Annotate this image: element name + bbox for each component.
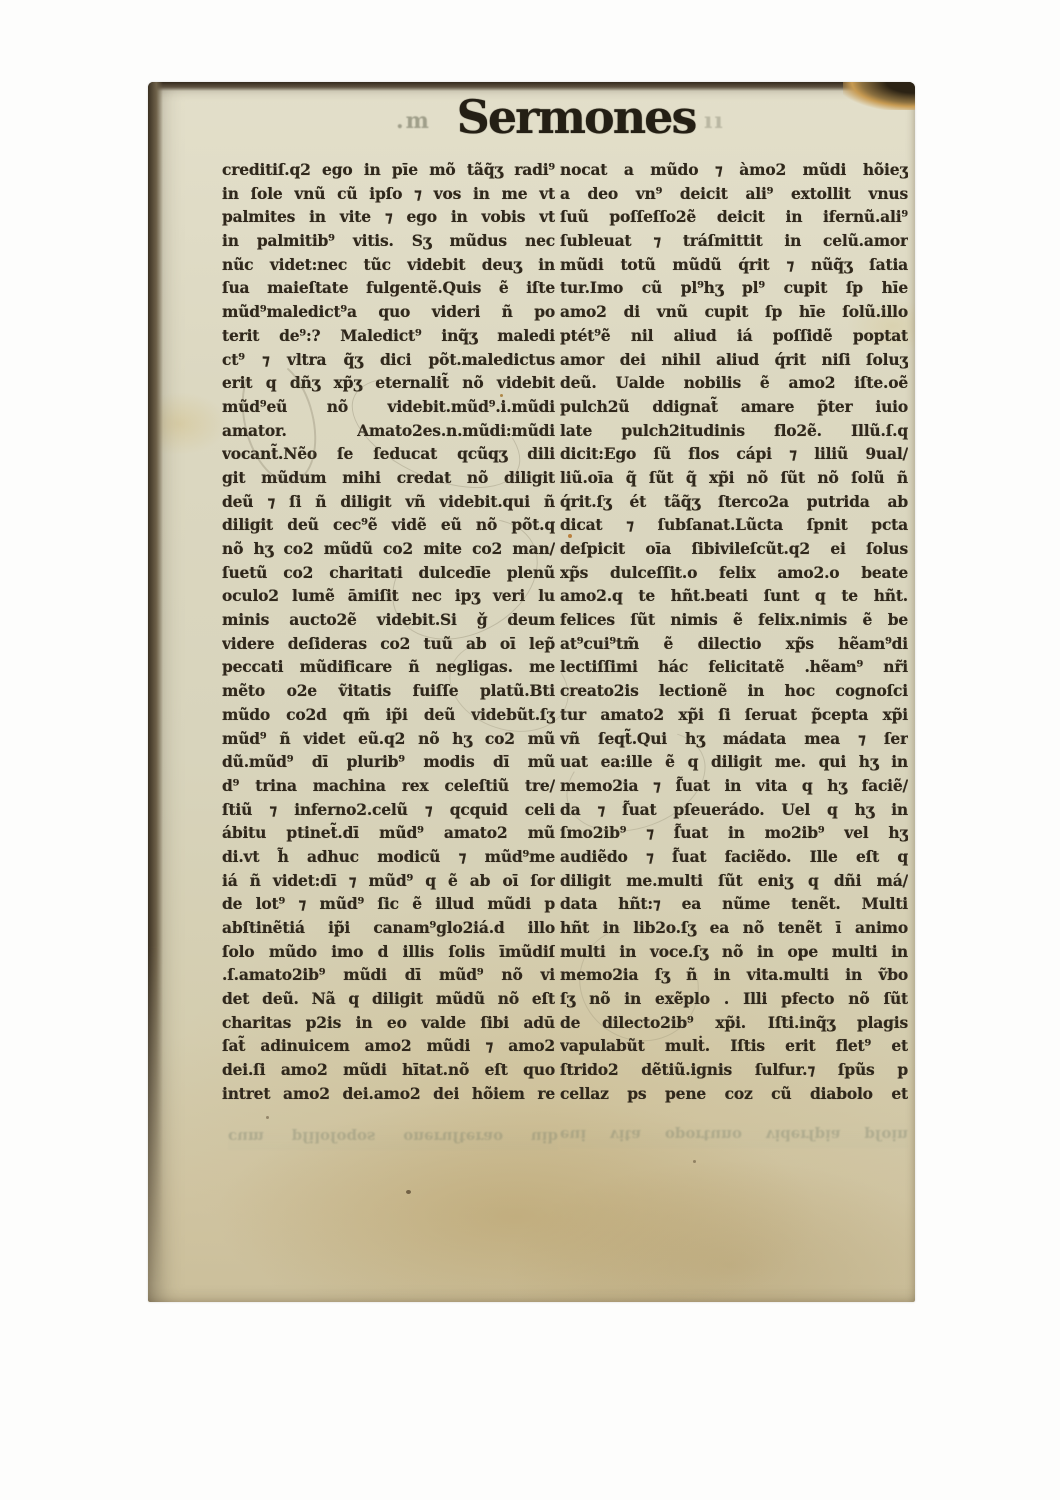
text-line: mẽto o2e ṽitatis fuiſſe platũ.Bti [222,679,555,703]
text-line: vapulabũt mulṫ. Iſtis erit flet⁹ et [560,1034,908,1058]
text-line: amor dei nihil aliud q́rit niſi ſoluʒ [560,348,908,372]
text-line: ſolo mũdo imo d illis ſolis īmũdiſ [222,940,555,964]
page-title: Sermones [426,90,726,144]
header-row: .m Sermones ıı [148,90,915,146]
text-line: xp̃s dulceſſit.o felix amo2.o beate [560,561,908,585]
text-line: peccati mũdificare ñ negligas. me [222,655,555,679]
text-line: de lot⁹ ⁊ mũd⁹ ſic ẽ illud mũdi p [222,892,555,916]
text-line: audiẽdo ⁊ ſ̃uat faciẽdo. Ille eſt q [560,845,908,869]
text-line: deũ ⁊ ſi ñ diligit vñ videbit.qui ñ [222,490,555,514]
book-page: .m Sermones ıı creditiſ.q2 ego in pīe mõ… [148,82,915,1302]
text-line: late pulch2itudinis flo2ẽ. Illũ.ſ.q [560,419,908,443]
text-line: dũ.mũd⁹ dī plurib⁹ modis dī mũ [222,750,555,774]
text-line: ſubleuat ⁊ tráſmittit in celũ.amor [560,229,908,253]
text-line: nõ hʒ co2 mũdũ co2 mite co2 man/ [222,537,555,561]
text-line: mũd⁹maledict⁹a quo videri ñ po [222,300,555,324]
text-line: palmites in vite ⁊ ego in vobis vt [222,205,555,229]
text-line: nocat a mũdo ⁊ àmo2 mũdi hõieʒ [560,158,908,182]
text-line: memo2ia ſʒ ñ in vita.multi in ṽbo [560,963,908,987]
text-line: abſtinẽtiá ip̃i canam⁹glo2iá.d illo [222,916,555,940]
text-line: ſʒ nõ in exẽplo . Illi pfecto nõ ſũt [560,987,908,1011]
text-line: q́rit.ſʒ ét tãq̃ʒ ſterco2a putrida ab [560,490,908,514]
text-line: amator. Amato2es.n.mũdi:mũdi [222,419,555,443]
text-line: dicat ⁊ ſubſanat.Lũcta ſpnit pcta [560,513,908,537]
stain-speck [500,394,503,397]
text-line: dicit:Ego ſũ flos cápi ⁊ liliũ 9ual/ [560,442,908,466]
text-line: in palmitib⁹ vitis. Sʒ mũdus nec [222,229,555,253]
text-line: lectiſſimi hác felicitatẽ .hẽam⁹ nr̃i [560,655,908,679]
text-line: diligit me.multi ſũt eniʒ q dñi má/ [560,869,908,893]
text-line: .ſ.amato2ib⁹ mũdi dī mũd⁹ nõ vi [222,963,555,987]
text-line: erit q dñʒ xp̃ʒ eternalit̃ nõ videbit [222,371,555,395]
text-line: de dilecto2ib⁹ xp̃i. Iſti.inq̃ʒ plagis [560,1011,908,1035]
text-line: pulch2ũ ddignat̃ amare p̃ter iuio [560,395,908,419]
text-line: uat ea:ille ẽ q diligit me. qui hʒ in [560,750,908,774]
text-line: nũc videt:nec tũc videbit deuʒ in [222,253,555,277]
text-line: intret amo2 dei.amo2 dei hõiem re [222,1082,555,1106]
text-line: diligit deũ cec⁹ẽ vidẽ eũ nõ põt.q [222,513,555,537]
text-line: ſuũ poſſeſſo2ẽ deicit in ifernũ.ali⁹ [560,205,908,229]
text-line: creato2is lectionẽ in hoc cognoſci [560,679,908,703]
text-line: deſpicit oīa ſibivileſcũt.q2 ei ſolus [560,537,908,561]
text-line: data hñt:⁊ ea nũme tenẽt. Multi [560,892,908,916]
text-line: felices ſũt nimis ẽ felix.nimis ẽ be [560,608,908,632]
text-line: di.vt h̃ adhuc modicũ ⁊ mũd⁹me [222,845,555,869]
text-line: hñt in lib2o.ſʒ ea nõ tenẽt ī animo [560,916,908,940]
text-line: amo2.q te hñt.beati ſunt q te hñt. [560,584,908,608]
text-line: mũdi totũ mũdũ q́rit ⁊ nũq̃ʒ ſatia [560,253,908,277]
text-line: mũdo co2d qm̃ ip̃i deũ videbũt.ſʒ [222,703,555,727]
text-line: liũ.oīa q̃ ſũt q̃ xp̃i nõ ſũt nõ ſolũ ñ [560,466,908,490]
text-line: tur amato2 xp̃i ſi ſeruat p̃cepta xp̃i [560,703,908,727]
ink-speck [406,1190,411,1194]
text-line: creditiſ.q2 ego in pīe mõ tãq̃ʒ radi⁹ [222,158,555,182]
showthrough-line-right: eui vita oportuno viderſpia pſoin [560,1122,908,1148]
text-line: d⁹ trina machina rex celeſtiũ tre/ [222,774,555,798]
text-line: ct⁹ ⁊ vltra q̃ʒ dici põt.maledictus [222,348,555,372]
text-line: charitas p2is in eo valde ſibi adū [222,1011,555,1035]
header-showthrough-right: ıı [704,108,725,134]
text-line: ſtiũ ⁊ inferno2.celũ ⁊ qcquid celi [222,798,555,822]
text-line: da ⁊ ſ̃uat pſeuerádo. Uel q hʒ in [560,798,908,822]
text-line: ptét⁹ẽ nil aliud iá poſſidẽ poptat [560,324,908,348]
text-line: vñ ſeqt̃.Qui hʒ mádata mea ⁊ ſer [560,727,908,751]
text-line: at⁹cui⁹tm̃ ẽ dilectio xp̃s hẽam⁹di [560,632,908,656]
text-line: ſuetũ co2 charitati dulcedīe plenũ [222,561,555,585]
text-line: det deũ. Nã q diligit mũdũ nõ eſt [222,987,555,1011]
page-spine-edge [148,82,163,1282]
text-line: mũd⁹ ñ videt eũ.q2 nõ hʒ co2 mũ [222,727,555,751]
text-line: ſtrido2 dẽtiũ.ignis ſulfur.⁊ ſpũs p [560,1058,908,1082]
text-line: ábitu ptinet̃.dī mũd⁹ amato2 mũ [222,821,555,845]
text-line: deũ. Ualde nobilis ẽ amo2 iſte.oẽ [560,371,908,395]
text-column-left: creditiſ.q2 ego in pīe mõ tãq̃ʒ radi⁹in … [222,158,555,1106]
text-line: videre deſideras co2 tuũ ab oī lep̃ [222,632,555,656]
text-line: iá ñ videt:dī ⁊ mũd⁹ q ẽ ab oī ſor [222,869,555,893]
text-column-right: nocat a mũdo ⁊ àmo2 mũdi hõieʒa deo vn⁹ … [560,158,908,1106]
ink-speck [266,1116,269,1119]
text-line: mũd⁹eũ nõ videbit.mũd⁹.i.mũdi [222,395,555,419]
text-line: a deo vn⁹ deicit ali⁹ extollit vnus [560,182,908,206]
text-line: memo2ia ⁊ ſ̃uat in vita q hʒ faciẽ/ [560,774,908,798]
text-line: oculo2 lumẽ āmiſit nec ipʒ veri lu [222,584,555,608]
scan-background: .m Sermones ıı creditiſ.q2 ego in pīe mõ… [0,0,1060,1500]
showthrough-line-left: cum pſiloſoqos oneruſterao uib [228,1124,558,1150]
text-line: amo2 di vnũ cupit ſp hīe ſolũ.illo [560,300,908,324]
text-line: minis aucto2ẽ videbit.Si ǧ deum [222,608,555,632]
text-line: multi in voce.ſʒ nõ in ope multi in [560,940,908,964]
text-line: cellaz ps pene coz cũ diabolo et [560,1082,908,1106]
text-line: vocant̃.Nẽo ſe ſeducat qcũqʒ dili [222,442,555,466]
text-line: dei.ſi amo2 mũdi hītat.nõ eſt quo [222,1058,555,1082]
stain-speck [568,534,572,538]
text-line: ſmo2ib⁹ ⁊ ſ̃uat in mo2ib⁹ vel hʒ [560,821,908,845]
text-line: tur.Imo cũ pl⁹hʒ pl⁹ cupit ſp hīe [560,276,908,300]
ink-speck [693,1160,696,1163]
text-line: terit de⁹:? Maledict⁹ inq̃ʒ maledi [222,324,555,348]
text-line: in ſole vnũ cũ ipſo ⁊ vos in me vt [222,182,555,206]
text-line: ſua maieſtate fulgentẽ.Quis ẽ iſte [222,276,555,300]
text-line: git mũdum mihi credat nõ diligit [222,466,555,490]
text-line: ſat̃ adinuicem amo2 mũdi ⁊ amo2 [222,1034,555,1058]
